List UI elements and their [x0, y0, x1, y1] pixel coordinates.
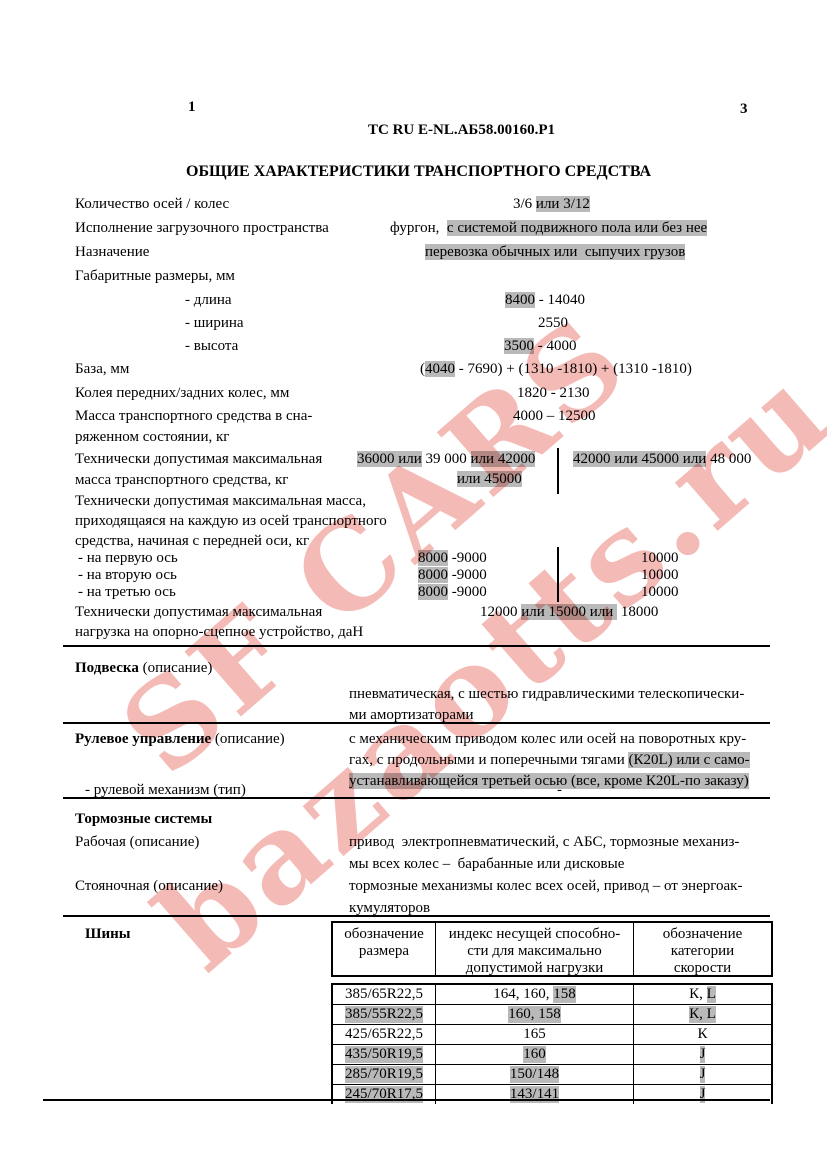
- tire-header-speed-line3: скорости: [674, 960, 731, 977]
- section-divider-tires: [63, 915, 770, 917]
- value-cargo-space-hl: с системой подвижного пола или без нее: [447, 220, 707, 236]
- tire-header-index-line2: сти для максимально: [467, 943, 601, 960]
- value-axle-2-plain: -9000: [448, 567, 487, 583]
- value-steering-2-plain: гах, с продольными и поперечными тягами: [349, 752, 628, 768]
- value-steering-3-hl: устанавливающейся третьей осью (все, кро…: [349, 773, 749, 789]
- axle-column-divider: [557, 547, 559, 602]
- tire-row-6: 245/70R17,5 143/141 J: [333, 1084, 771, 1104]
- value-base-post: - 7690) + (1310 -1810) + (1310 -1810): [455, 361, 692, 377]
- label-height: - высота: [185, 337, 238, 356]
- section-divider-steering: [63, 722, 770, 724]
- page-number-left: 1: [188, 98, 196, 117]
- value-track: 1820 - 2130: [517, 384, 590, 403]
- label-service-brake: Рабочая (описание): [75, 833, 199, 852]
- heading-tires: Шины: [85, 925, 130, 944]
- tire-row-4-speed-text: J: [700, 1046, 706, 1063]
- value-steering-1: с механическим приводом колес или осей н…: [349, 730, 746, 749]
- value-service-brake-2: мы всех колес – барабанные или дисковые: [349, 855, 624, 874]
- value-max-mass-left-1: 36000 или 39 000 или 42000: [357, 450, 535, 469]
- label-suspension: Подвеска (описание): [75, 659, 212, 678]
- value-axle-3-plain: -9000: [448, 584, 487, 600]
- tire-row-3-size-text: 425/65R22,5: [345, 1026, 423, 1043]
- tire-row-4-index-text: 160: [523, 1046, 546, 1063]
- tire-row-2-index-text: 160, 158: [508, 1006, 561, 1023]
- tire-table-header: обозначение размера индекс несущей спосо…: [331, 921, 773, 977]
- label-dimensions: Габаритные размеры, мм: [75, 267, 235, 286]
- tire-row-3: 425/65R22,5 165 К: [333, 1024, 771, 1044]
- value-base: (4040 - 7690) + (1310 -1810) + (1310 -18…: [420, 360, 692, 379]
- tire-row-1-size-text: 385/65R22,5: [345, 986, 423, 1003]
- value-curb-mass: 4000 – 12500: [513, 407, 596, 426]
- value-max-mass-right: 42000 или 45000 или 48 000: [573, 450, 751, 469]
- tire-row-4-index: 160: [435, 1045, 633, 1064]
- tire-row-6-size: 245/70R17,5: [333, 1085, 435, 1104]
- tire-row-6-speed: J: [633, 1085, 771, 1104]
- label-parking-brake: Стояночная (описание): [75, 877, 223, 896]
- tire-row-4-size-text: 435/50R19,5: [345, 1046, 423, 1063]
- label-steering: Рулевое управление (описание): [75, 730, 285, 749]
- value-length: 8400 - 14040: [505, 291, 585, 310]
- tire-row-2-speed-text: К, L: [689, 1006, 716, 1023]
- label-coupling-2: нагрузка на опорно-сцепное устройство, д…: [75, 623, 363, 642]
- value-parking-brake-1: тормозные механизмы колес всех осей, при…: [349, 877, 742, 896]
- tire-header-size: обозначение размера: [333, 923, 435, 977]
- value-coupling-a: 12000: [480, 604, 521, 620]
- label-track: Колея передних/задних колес, мм: [75, 384, 289, 403]
- tire-row-5-speed-text: J: [700, 1066, 706, 1083]
- doc-number: ТС RU Е-NL.АБ58.00160.Р1: [368, 121, 555, 140]
- max-mass-left-hl-a: 36000 или: [357, 451, 422, 467]
- tire-row-3-size: 425/65R22,5: [333, 1025, 435, 1044]
- tire-row-1-index-plain: 164, 160,: [493, 986, 553, 1003]
- max-mass-left2-hl: или 45000: [457, 471, 522, 487]
- value-axles-wheels: 3/6 или 3/12: [513, 195, 590, 214]
- label-length: - длина: [185, 291, 232, 310]
- value-axle-1-plain: -9000: [448, 550, 487, 566]
- label-purpose: Назначение: [75, 243, 149, 262]
- label-axles-wheels: Количество осей / колес: [75, 195, 229, 214]
- tire-row-5-size-text: 285/70R19,5: [345, 1066, 423, 1083]
- tire-row-5-speed: J: [633, 1065, 771, 1084]
- value-height-hl: 3500: [504, 338, 534, 354]
- label-coupling-1: Технически допустимая максимальная: [75, 603, 322, 622]
- label-curb-mass-2: ряженном состоянии, кг: [75, 428, 229, 447]
- tire-row-1-speed-hl: L: [707, 986, 716, 1003]
- value-length-plain: - 14040: [535, 292, 585, 308]
- label-suspension-rest: (описание): [139, 660, 213, 676]
- value-purpose: перевозка обычных или сыпучих грузов: [425, 243, 685, 262]
- tire-row-4: 435/50R19,5 160 J: [333, 1044, 771, 1064]
- tire-row-3-speed-text: К: [697, 1026, 707, 1043]
- page-bottom-rule: [43, 1099, 770, 1101]
- tire-row-5-size: 285/70R19,5: [333, 1065, 435, 1084]
- value-suspension-1: пневматическая, с шестью гидравлическими…: [349, 685, 744, 704]
- tire-row-1-size: 385/65R22,5: [333, 985, 435, 1004]
- value-coupling: 12000 или 15000 или 18000: [480, 603, 658, 622]
- value-length-hl: 8400: [505, 292, 535, 308]
- label-max-mass-1: Технически допустимая максимальная: [75, 450, 322, 469]
- tire-table-body: 385/65R22,5 164, 160, 158 К, L 385/55R22…: [331, 983, 773, 1104]
- label-steering-rest: (описание): [211, 731, 285, 747]
- value-cargo-space: фургон, с системой подвижного пола или б…: [390, 219, 707, 238]
- value-cargo-space-plain: фургон,: [390, 220, 447, 236]
- max-mass-right-plain: 48 000: [706, 451, 751, 467]
- document-page: SF CARS bazaotts.ru 1 3 ТС RU Е-NL.АБ58.…: [0, 0, 827, 1170]
- tire-header-speed-line1: обозначение: [663, 926, 743, 943]
- max-mass-column-divider: [557, 448, 559, 494]
- tire-header-speed-line2: категории: [671, 943, 734, 960]
- page-title: ОБЩИЕ ХАРАКТЕРИСТИКИ ТРАНСПОРТНОГО СРЕДС…: [186, 162, 651, 181]
- tire-row-4-speed: J: [633, 1045, 771, 1064]
- tire-row-2-speed: К, L: [633, 1005, 771, 1024]
- tire-row-4-size: 435/50R19,5: [333, 1045, 435, 1064]
- value-steering-2: гах, с продольными и поперечными тягами …: [349, 751, 750, 770]
- value-steering-3: устанавливающейся третьей осью (все, кро…: [349, 772, 749, 791]
- tire-row-2-size: 385/55R22,5: [333, 1005, 435, 1024]
- value-base-hl: 4040: [425, 361, 455, 377]
- tire-row-1-speed-plain: К,: [689, 986, 707, 1003]
- label-max-mass-2: масса транспортного средства, кг: [75, 471, 288, 490]
- max-mass-right-hl: 42000 или 45000 или: [573, 451, 706, 467]
- tire-header-index-line1: индекс несущей способно-: [449, 926, 621, 943]
- value-width: 2550: [538, 314, 568, 333]
- label-suspension-bold: Подвеска: [75, 660, 139, 676]
- tire-row-1: 385/65R22,5 164, 160, 158 К, L: [333, 985, 771, 1004]
- value-steering-2-hl: (К20L) или с само-: [628, 752, 749, 768]
- value-purpose-hl: перевозка обычных или сыпучих грузов: [425, 244, 685, 260]
- tire-row-5-index: 150/148: [435, 1065, 633, 1084]
- value-axle-3-hl: 8000: [418, 584, 448, 600]
- tire-header-index-line3: допустимой нагрузки: [466, 960, 604, 977]
- value-axle-2-hl: 8000: [418, 567, 448, 583]
- label-base: База, мм: [75, 360, 129, 379]
- tire-row-6-index: 143/141: [435, 1085, 633, 1104]
- label-axle-masses-1: Технически допустимая максимальная масса…: [75, 492, 366, 511]
- value-service-brake-1: привод электропневматический, с АБС, тор…: [349, 833, 739, 852]
- tire-row-1-index: 164, 160, 158: [435, 985, 633, 1004]
- tire-row-5-index-text: 150/148: [510, 1066, 559, 1083]
- page-number-right: 3: [740, 100, 748, 119]
- heading-brakes: Тормозные системы: [75, 810, 212, 829]
- tire-header-size-line1: обозначение: [344, 926, 424, 943]
- tire-row-1-index-hl: 158: [553, 986, 576, 1003]
- tire-header-size-line2: размера: [359, 943, 409, 960]
- label-cargo-space: Исполнение загрузочного пространства: [75, 219, 329, 238]
- tire-row-3-speed: К: [633, 1025, 771, 1044]
- label-width: - ширина: [185, 314, 244, 333]
- value-axle-3: 8000 -9000: [418, 583, 487, 602]
- max-mass-left-plain: 39 000: [422, 451, 471, 467]
- value-height: 3500 - 4000: [504, 337, 577, 356]
- tire-row-3-index: 165: [435, 1025, 633, 1044]
- tire-header-index: индекс несущей способно- сти для максима…: [435, 923, 633, 977]
- section-divider-brakes: [63, 797, 770, 799]
- value-coupling-hl: или 15000 или: [521, 604, 617, 620]
- value-axle-3-right: 10000: [641, 583, 679, 602]
- label-steering-bold: Рулевое управление: [75, 731, 211, 747]
- tire-row-2-index: 160, 158: [435, 1005, 633, 1024]
- value-max-mass-left-2: или 45000: [457, 470, 522, 489]
- tire-row-2: 385/55R22,5 160, 158 К, L: [333, 1004, 771, 1024]
- tire-row-5: 285/70R19,5 150/148 J: [333, 1064, 771, 1084]
- label-curb-mass-1: Масса транспортного средства в сна-: [75, 407, 312, 426]
- section-divider-suspension: [63, 645, 770, 647]
- value-axles-wheels-plain: 3/6: [513, 196, 536, 212]
- tire-row-3-index-text: 165: [523, 1026, 546, 1043]
- value-axle-1-hl: 8000: [418, 550, 448, 566]
- tire-row-2-size-text: 385/55R22,5: [345, 1006, 423, 1023]
- watermark-site-url: bazaotts.ru: [131, 338, 827, 998]
- max-mass-left-hl-b: или 42000: [471, 451, 536, 467]
- value-coupling-b: 18000: [617, 604, 658, 620]
- tire-header-speed: обозначение категории скорости: [633, 923, 771, 977]
- value-height-plain: - 4000: [534, 338, 577, 354]
- label-axle-masses-2: приходящаяся на каждую из осей транспорт…: [75, 512, 387, 531]
- value-axles-wheels-hl: или 3/12: [536, 196, 590, 212]
- tire-row-1-speed: К, L: [633, 985, 771, 1004]
- label-axle-3: - на третью ось: [78, 583, 176, 602]
